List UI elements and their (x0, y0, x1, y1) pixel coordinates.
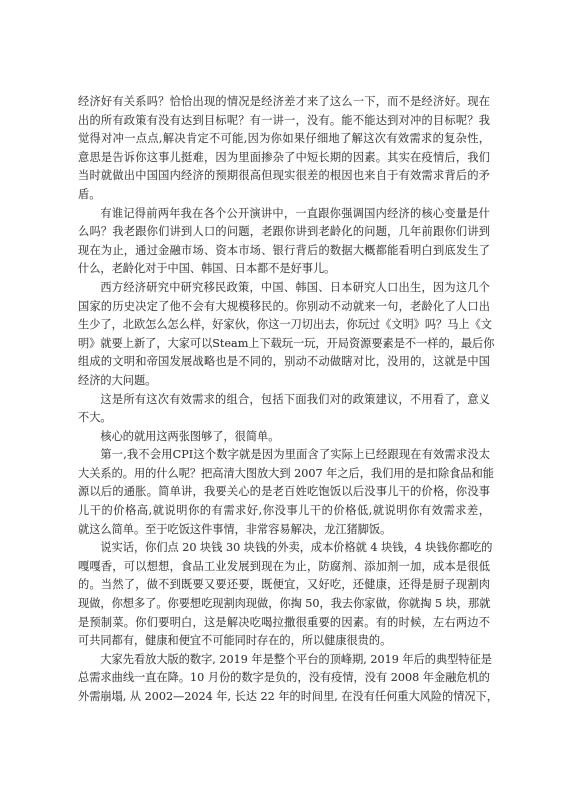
text-line: 可共同都有，健康和便宜不可能同时存在的，所以健康很贵的。 (78, 632, 490, 651)
text-line: 有谁记得前两年我在各个公开演讲中，一直跟你强调国内经济的核心变量是什 (78, 205, 490, 224)
text-line: 组成的文明和帝国发展战略也是不同的，别动不动做瞎对比，没用的，这就是中国 (78, 353, 490, 372)
text-line: 大关系的。用的什么呢？把高清大图放大到 2007 年之后，我们用的是扣除食品和能 (78, 465, 490, 484)
text-line: 觉得对冲一点点,解决肯定不可能,因为你如果仔细地了解这次有效需求的复杂性， (78, 130, 490, 149)
paragraph-6: 第一,我不会用CPI这个数字就是因为里面含了实际上已经跟现在有效需求没太大关系的… (78, 446, 490, 539)
text-line: 明》就要上新了，大家可以Steam上下载玩一玩，开局资源要素是不一样的，最后你 (78, 335, 490, 354)
text-line: 第一,我不会用CPI这个数字就是因为里面含了实际上已经跟现在有效需求没太 (78, 446, 490, 465)
text-line: 么吗？我老跟你们讲到人口的问题，老跟你讲到老龄化的问题，几年前跟你们讲到 (78, 223, 490, 242)
text-line: 什么，老龄化对于中国、韩国、日本都不是好事儿。 (78, 260, 490, 279)
text-line: 当时就做出中国国内经济的预期很高但现实很差的根因也来自于有效需求背后的矛 (78, 167, 490, 186)
text-line: 说实话，你们点 20 块钱 30 块钱的外卖，成本价格就 4 块钱，4 块钱你都… (78, 539, 490, 558)
text-line: 的。当然了，做不到既要又要还要，既便宜，又好吃，还健康，还得是厨子现割肉 (78, 576, 490, 595)
document-page: 经济好有关系吗？恰恰出现的情况是经济差才来了这么一下，而不是经济好。现在出的所有… (0, 0, 566, 800)
text-line: 是预制菜。你们要明白，这是解决吃喝拉撒很重要的因素。有的时候，左右两边不 (78, 614, 490, 633)
text-line: 现在为止，通过金融市场、资本市场、银行背后的数据大概都能看明白到底发生了 (78, 242, 490, 261)
paragraph-4: 这是所有这次有效需求的组合，包括下面我们对的政策建议，不用看了，意义不大。 (78, 391, 490, 428)
paragraph-7: 说实话，你们点 20 块钱 30 块钱的外卖，成本价格就 4 块钱，4 块钱你都… (78, 539, 490, 651)
text-line: 源以后的通胀。简单讲，我要关心的是老百姓吃饱饭以后没事儿干的价格，你没事 (78, 483, 490, 502)
paragraph-8: 大家先看放大版的数字, 2019 年是整个平台的顶峰期, 2019 年后的典型特… (78, 651, 490, 707)
text-line: 这是所有这次有效需求的组合，包括下面我们对的政策建议，不用看了，意义 (78, 391, 490, 410)
paragraph-2: 有谁记得前两年我在各个公开演讲中，一直跟你强调国内经济的核心变量是什么吗？我老跟… (78, 205, 490, 279)
text-line: 嘎嘎香，可以想想，食品工业发展到现在为止，防腐剂、添加剂一加，成本是很低 (78, 558, 490, 577)
text-line: 国家的历史决定了他不会有大规模移民的。你别动不动就来一句，老龄化了人口出 (78, 298, 490, 317)
paragraph-5: 核心的就用这两张图够了，很简单。 (78, 428, 490, 447)
text-line: 经济的大问题。 (78, 372, 490, 391)
text-line: 现做，你想多了。你要想吃现割肉现做，你掏 50，我去你家做，你就掏 5 块，那就 (78, 595, 490, 614)
text-line: 大家先看放大版的数字, 2019 年是整个平台的顶峰期, 2019 年后的典型特… (78, 651, 490, 670)
text-line: 总需求曲线一直在降。10 月份的数字是负的，没有疫情，没有 2008 年金融危机… (78, 669, 490, 688)
text-line: 生少了，北欧怎么怎么样，好家伙，你这一刀切出去，你玩过《文明》吗？马上《文 (78, 316, 490, 335)
text-line: 意思是告诉你这事儿挺难，因为里面掺杂了中短长期的因素。其实在疫情后，我们 (78, 149, 490, 168)
paragraph-3: 西方经济研究中研究移民政策，中国、韩国、日本研究人口出生，因为这几个国家的历史决… (78, 279, 490, 391)
text-line: 出的所有政策有没有达到目标呢？有一讲一，没有。能不能达到对冲的目标呢？我 (78, 112, 490, 131)
text-line: 外需崩塌, 从 2002—2024 年, 长达 22 年的时间里, 在没有任何重… (78, 688, 490, 707)
paragraph-1: 经济好有关系吗？恰恰出现的情况是经济差才来了这么一下，而不是经济好。现在出的所有… (78, 93, 490, 205)
text-line: 盾。 (78, 186, 490, 205)
text-line: 核心的就用这两张图够了，很简单。 (78, 428, 490, 447)
text-line: 不大。 (78, 409, 490, 428)
text-line: 西方经济研究中研究移民政策，中国、韩国、日本研究人口出生，因为这几个 (78, 279, 490, 298)
document-text: 经济好有关系吗？恰恰出现的情况是经济差才来了这么一下，而不是经济好。现在出的所有… (78, 93, 490, 707)
text-line: 经济好有关系吗？恰恰出现的情况是经济差才来了这么一下，而不是经济好。现在 (78, 93, 490, 112)
text-line: 就这么简单。至于吃饭这件事情，非常容易解决，龙江猪脚饭。 (78, 521, 490, 540)
text-line: 儿干的价格高,就说明你的有需求好,你没事儿干的价格低,就说明你有效需求差， (78, 502, 490, 521)
